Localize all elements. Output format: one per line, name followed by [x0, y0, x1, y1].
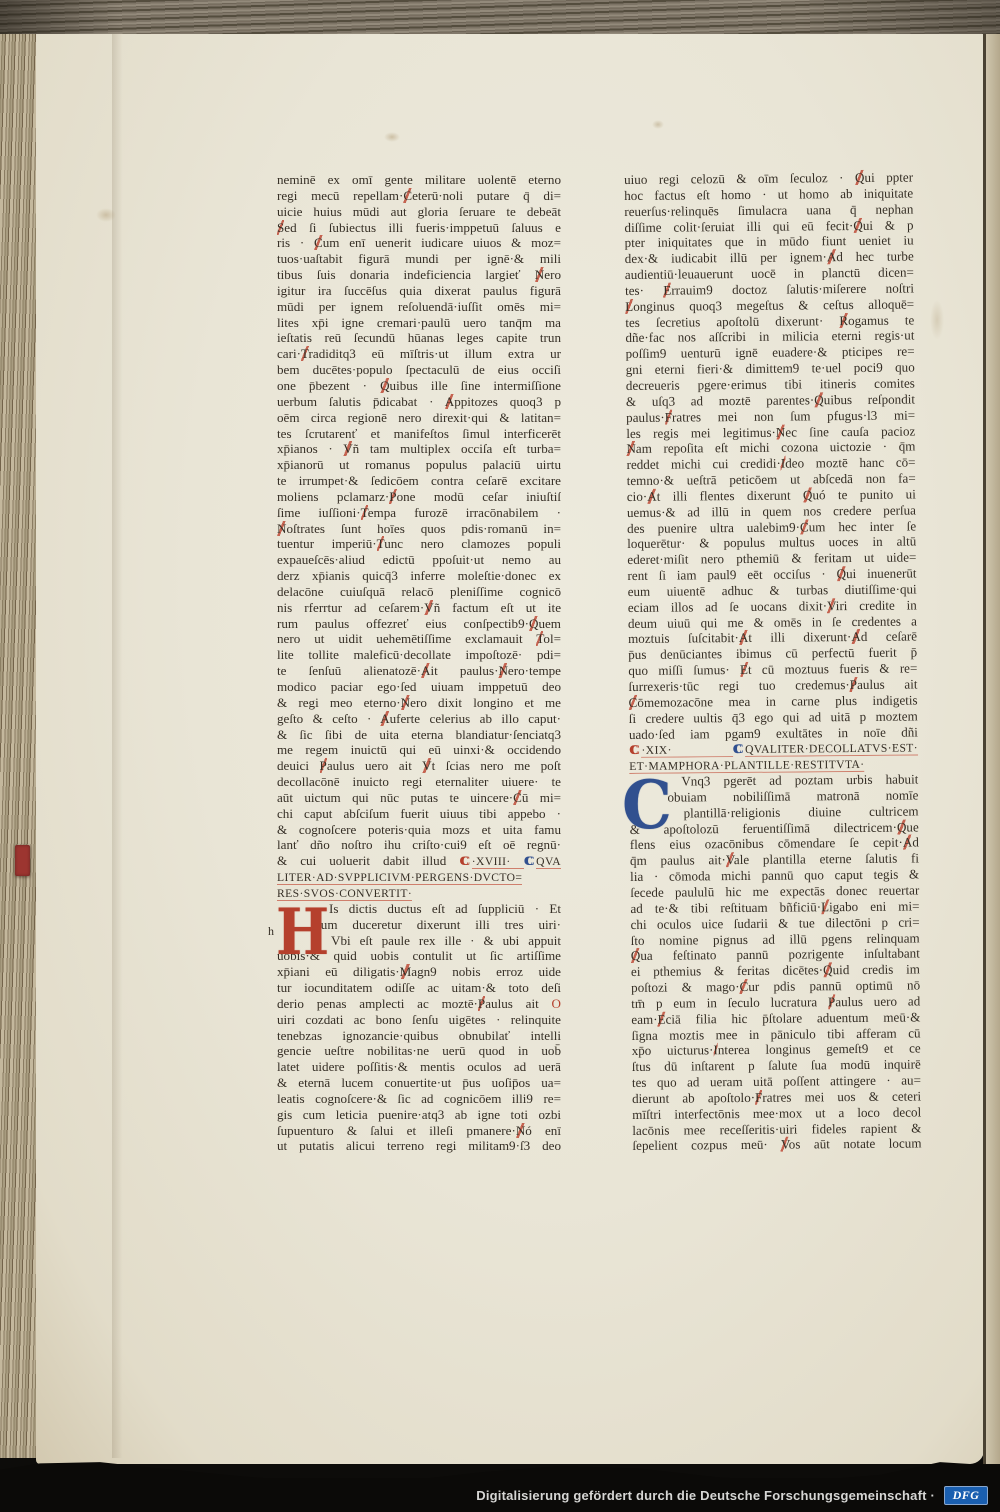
- text-line: mūdi per ignem reſoluendā·iuſſit omēs mi…: [277, 299, 561, 315]
- underlying-page-sliver: [986, 34, 1000, 1464]
- text-line: & cui uoluerit dabit illud C·XVIII· CQVA: [277, 853, 561, 869]
- dfg-logo: DFG: [944, 1486, 988, 1505]
- text-line: derz xp̄ianis quicq̄3 inferre moleſtie·d…: [277, 568, 561, 584]
- illuminated-initial-blue: C: [622, 772, 672, 838]
- text-line: te ſenſuū alienatozē·Ait paulus·Nero·tem…: [277, 663, 561, 679]
- text-line: lites xp̄i igne cremari·paulū uero tanq̄…: [277, 315, 561, 331]
- text-column-1: neminē ex omī gente militare uolentē ete…: [277, 172, 561, 1154]
- text-line: Noſtrates ſunt hoīes quos pdis·romanū in…: [277, 521, 561, 537]
- text-line: expaueſcēs·aliud edictū ppoſuit·ut nemo …: [277, 552, 561, 568]
- text-line: ris · Cum enī uenerit iudicare uiuos & m…: [277, 235, 561, 251]
- text-line: & regi meo eterno·Nero dixit longino et …: [277, 695, 561, 711]
- text-line: modico paciar ego·ſed uiuam imppetuū deo: [277, 679, 561, 695]
- text-line: decollacōnē inuicto regi eternaliter uiu…: [277, 774, 561, 790]
- text-line: chi caput abſciſum fuerit uiuus tibi app…: [277, 806, 561, 822]
- text-line: tenebzas ignozancie·quibus obnubilať int…: [277, 1028, 561, 1044]
- text-line: te irrumpet·& ſedicōem contra ceſarē exc…: [277, 473, 561, 489]
- text-column-2: uiuo regi celozū & oīm ſeculoz · Qui ppt…: [624, 169, 922, 1154]
- text-line: derio penas amplecti ac moztē·Paulus ait…: [277, 996, 561, 1012]
- text-line: Sed ſi ſubiectus illi fueris·imppetuū ſa…: [277, 220, 561, 236]
- text-line: gencie ueſtre nobilitas·ne uerū quod in …: [277, 1043, 561, 1059]
- text-line: xp̄ianos · Vñ tam multiplex occiſa eſt t…: [277, 441, 561, 457]
- text-line: ſupuenturo & ſalui et illeſi pmanere·Nó …: [277, 1123, 561, 1139]
- text-line: bem ducētes·populo ſpectaculū de eius oc…: [277, 362, 561, 378]
- text-line: latet uidere poſſitis·& mentis oculos ad…: [277, 1059, 561, 1075]
- text-line: & cognoſcere poteris·quia mozs et uita f…: [277, 822, 561, 838]
- book-top-page-edges: [0, 0, 1000, 38]
- text-line: cari·Tradiditq3 eū mīſtris·ut illum extr…: [277, 346, 561, 362]
- text-line: tur iocunditatem odiſſe ac uitam·& toto …: [277, 980, 561, 996]
- initial-guide-letter: h: [268, 924, 274, 939]
- text-line: aūt uictum qui nūc putas te uincere·Cū m…: [277, 790, 561, 806]
- text-line: tibus ſuis donaria indeficiencia largieť…: [277, 267, 561, 283]
- text-line: moliens pclamarz·Pone modū ceſar iniuſti…: [277, 489, 561, 505]
- text-line: ſepelient cozpus meū· Vos aūt notate loc…: [632, 1136, 921, 1154]
- text-line: & eternā lucem conuertite·ut p̄us uoſip̄…: [277, 1075, 561, 1091]
- manuscript-scan: neminē ex omī gente militare uolentē ete…: [0, 0, 1000, 1512]
- text-line: tuentur imperiū·Tunc nero clamozes popul…: [277, 536, 561, 552]
- text-line: geſto & ceſto · Auferte celerius ab illo…: [277, 711, 561, 727]
- text-line: deuici Paulus uero ait Vt ſcias nero me …: [277, 758, 561, 774]
- text-line: lanť dño noſtro ihu criſto·cui9 eſt oē r…: [277, 837, 561, 853]
- text-line: tes ſcrutarenť et manifeſtos ſimul inter…: [277, 426, 561, 442]
- illuminated-initial-red: H: [276, 901, 329, 965]
- text-line: rum paulus offezreť eius conſpectib9·Que…: [277, 616, 561, 632]
- digitization-caption-bar: Digitalisierung gefördert durch die Deut…: [0, 1478, 1000, 1512]
- text-line: uicie huius mūdi aut gloria ſeruare te d…: [277, 204, 561, 220]
- text-line: leatis cognoſcere·& ſic ad cognicōem ill…: [277, 1091, 561, 1107]
- text-line: ſime iuſſioni·Tempa furozē irracōnabilem…: [277, 505, 561, 521]
- page-fold-shadow: [112, 34, 126, 1458]
- text-line: me regem inuictū qui eū uinxi·& occidend…: [277, 742, 561, 758]
- text-line: & ſic ſibi de uita eterna blandiatur·ſen…: [277, 727, 561, 743]
- text-line: oēm circa regionē nero direxit·qui & lat…: [277, 410, 561, 426]
- text-line: LITER·AD·SVPPLICIVM·PERGENS·DVCTO=: [277, 869, 561, 885]
- text-line: xp̄ianorū ut romanus populus palaciū uir…: [277, 457, 561, 473]
- text-line: ieſtatis reū ſecundū hūanas leges capite…: [277, 330, 561, 346]
- text-line: igitur ira ſuccēſus quia dixerat paulus …: [277, 283, 561, 299]
- text-line: uiri cozdati ac bono ſenſu uigētes · rel…: [277, 1012, 561, 1028]
- text-line: tuos·uaſtabit figurā mundi per ignē·& mi…: [277, 251, 561, 267]
- bookmark-tab: [15, 845, 30, 876]
- text-line: lite tollite maleficū·decollate impoſtoz…: [277, 647, 561, 663]
- book-gutter-page-edges: [0, 34, 38, 1458]
- digitization-caption: Digitalisierung gefördert durch die Deut…: [476, 1488, 935, 1503]
- text-line: one p̄bezent · Quibus ille ſine intermiſ…: [277, 378, 561, 394]
- text-line: nero ut uidit uehemētiſſime exclamauit T…: [277, 631, 561, 647]
- text-line: nis rferrtur ad ceſarem·Vñ factum eſt ut…: [277, 600, 561, 616]
- text-line: ut putatis alicui terreno regi militam9·…: [277, 1138, 561, 1154]
- text-line: neminē ex omī gente militare uolentē ete…: [277, 172, 561, 188]
- text-line: gis cum leticia puenire·atq3 ab igne tot…: [277, 1107, 561, 1123]
- text-line: delacōne cuiuſquā relacō pleniſſime cogn…: [277, 584, 561, 600]
- text-line: regi mecū repellam·Ceterū·noli putare q̄…: [277, 188, 561, 204]
- text-line: uerbum ſalutis p̄dicabat · Appitozes quo…: [277, 394, 561, 410]
